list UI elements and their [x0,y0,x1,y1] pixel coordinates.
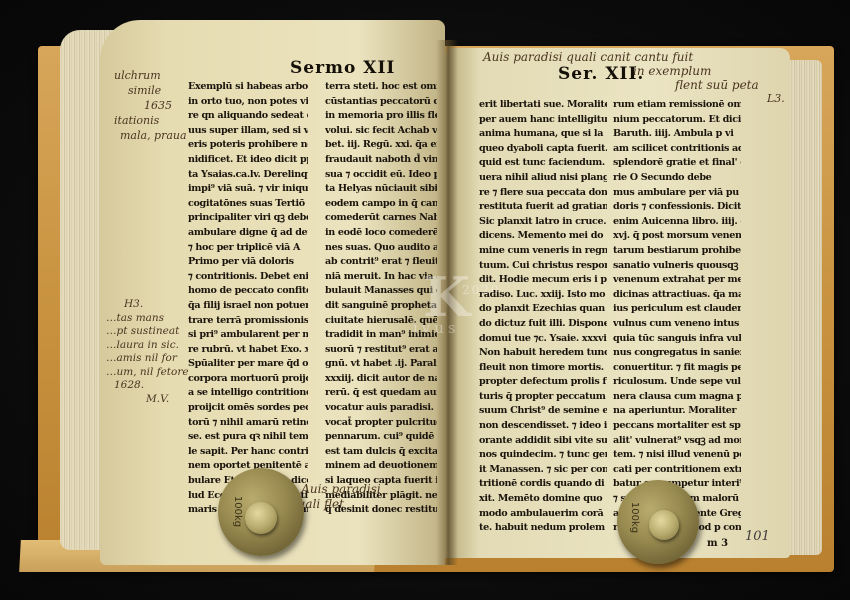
brass-weight-left: 100kg [218,468,304,556]
marginalia-middle-left: H3. …tas mans …pt sustineat …laura in si… [106,298,189,406]
weight-knob-left [245,502,277,534]
marginalia-right: L3. [767,92,785,106]
running-head-right: Ser. XII. [558,64,644,84]
text-column-right-2: rum etiam remissionē omnium peccatorum. … [613,98,741,536]
watermark-logo: K 2020 ivus [405,265,505,345]
brass-weight-right: 100kg [617,480,699,564]
weight-stamp-right: 100kg [629,502,640,533]
folio-number: 101 [745,530,770,544]
text-column-left-1: Exemplū si habeas arborēin orto tuo, non… [188,80,308,518]
running-head-left: Sermo XII [290,58,395,78]
weight-knob-right [649,510,679,540]
weight-stamp-left: 100kg [232,496,243,527]
marginalia-top-left: ulchrum simile 1635 itationis mala, prau… [114,68,187,143]
signature-mark: m 3 [707,538,728,549]
